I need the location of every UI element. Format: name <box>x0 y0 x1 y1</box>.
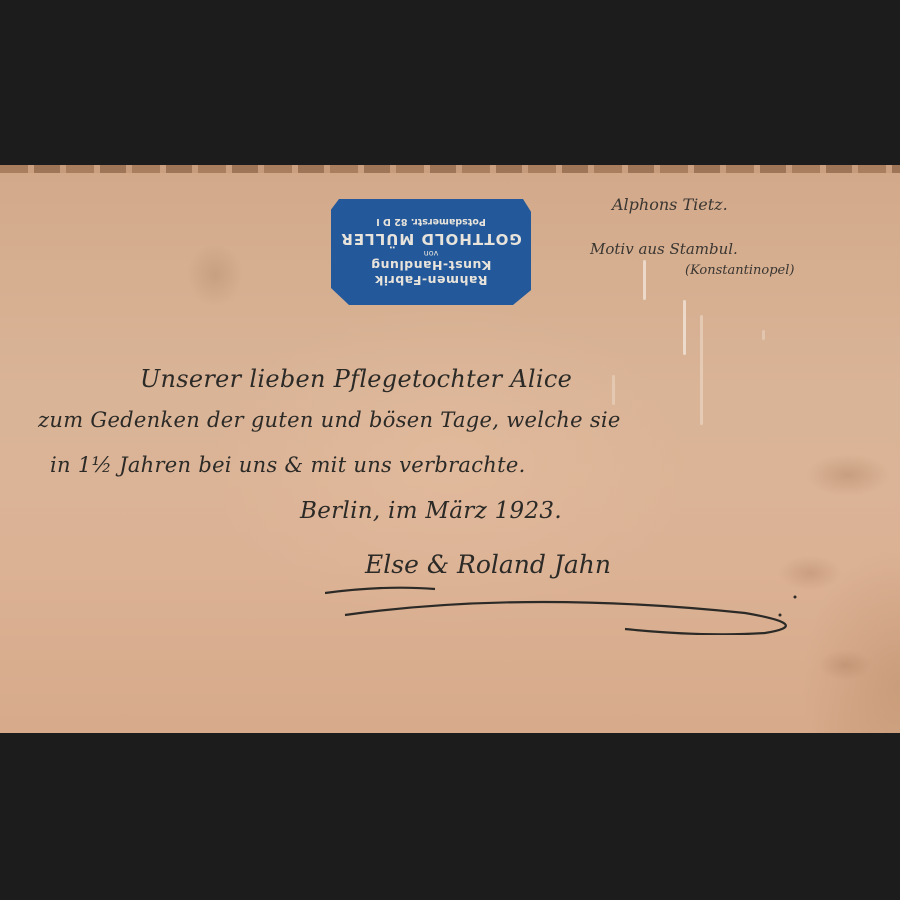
label-line-2: Kunst-Handlung <box>371 259 492 274</box>
dedication-line-1: Unserer lieben Pflegetochter Alice <box>140 365 572 393</box>
label-line-4: GOTTHOLD MÜLLER <box>340 231 521 249</box>
pencil-title: Motiv aus Stambul. <box>590 240 738 258</box>
label-line-1: Rahmen-Fabrik <box>375 274 488 289</box>
label-line-3: von <box>424 249 439 259</box>
signature: Else & Roland Jahn <box>365 550 611 579</box>
dedication-line-3: in 1½ Jahren bei uns & mit uns verbracht… <box>50 453 526 477</box>
dedication-place-date: Berlin, im März 1923. <box>300 498 562 524</box>
paint-drip <box>683 300 686 355</box>
picture-back-board: Rahmen-Fabrik Kunst-Handlung von GOTTHOL… <box>0 165 900 733</box>
dedication-line-2: zum Gedenken der guten und bösen Tage, w… <box>38 408 621 432</box>
paint-drip <box>612 375 615 405</box>
torn-top-edge <box>0 165 900 173</box>
paint-drip <box>762 330 765 340</box>
signature-flourish <box>325 585 805 635</box>
paint-drip <box>643 260 646 300</box>
pencil-subtitle: (Konstantinopel) <box>685 263 794 278</box>
frame-maker-label: Rahmen-Fabrik Kunst-Handlung von GOTTHOL… <box>331 199 531 305</box>
label-line-5: Potsdamerstr. 82 D I <box>376 216 486 229</box>
paint-drip <box>700 315 703 425</box>
pencil-artist-name: Alphons Tietz. <box>612 195 728 214</box>
